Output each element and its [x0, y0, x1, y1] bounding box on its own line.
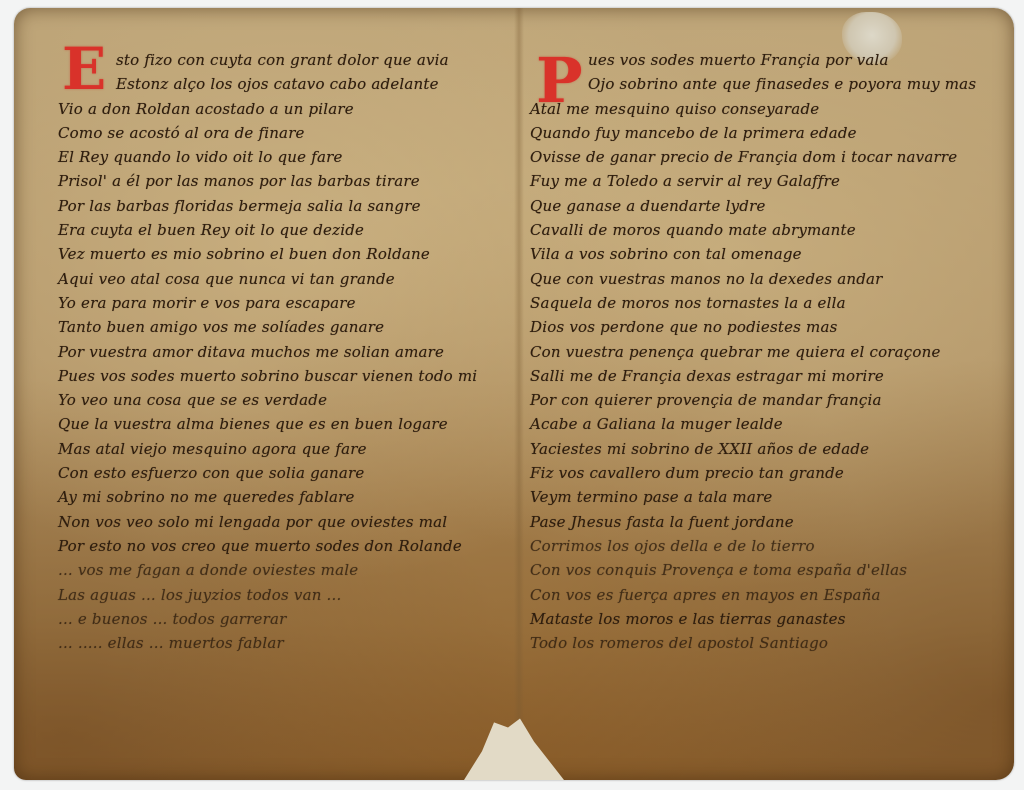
right-page: ues vos sodes muerto Françia por vala Oj… — [530, 48, 1000, 655]
text-line: Fuy me a Toledo a servir al rey Galaffre — [530, 169, 1000, 193]
text-line: Non vos veo solo mi lengada por que ovie… — [58, 510, 508, 534]
text-line-faded: Con vos conquis Provença e toma españa d… — [530, 558, 1000, 582]
text-line: Vio a don Roldan acostado a un pilare — [58, 97, 508, 121]
text-line: Que la vuestra alma bienes que es en bue… — [58, 412, 508, 436]
left-page: sto fizo con cuyta con grant dolor que a… — [58, 48, 508, 655]
text-line: Por esto no vos creo que muerto sodes do… — [58, 534, 508, 558]
text-line: Era cuyta el buen Rey oit lo que dezide — [58, 218, 508, 242]
text-line: Ojo sobrino ante que finasedes e poyora … — [530, 72, 1000, 96]
text-line-faded: Las aguas ... los juyzios todos van ... — [58, 583, 508, 607]
text-line: Mataste los moros e las tierras ganastes — [530, 607, 1000, 631]
text-line: Veym termino pase a tala mare — [530, 485, 1000, 509]
text-line-faded: ... vos me fagan a donde oviestes male — [58, 558, 508, 582]
text-line: Con vuestra penença quebrar me quiera el… — [530, 340, 1000, 364]
parchment-damage-bottom-center — [464, 716, 564, 780]
text-line: Que ganase a duendarte lydre — [530, 194, 1000, 218]
text-line: Yaciestes mi sobrino de XXII años de eda… — [530, 437, 1000, 461]
text-line: Pase Jhesus fasta la fuent jordane — [530, 510, 1000, 534]
text-line: Quando fuy mancebo de la primera edade — [530, 121, 1000, 145]
text-line-faded: Corrimos los ojos della e de lo tierro — [530, 534, 1000, 558]
text-line: Fiz vos cavallero dum precio tan grande — [530, 461, 1000, 485]
text-line: Por con quierer provençia de mandar fran… — [530, 388, 1000, 412]
text-line: ues vos sodes muerto Françia por vala — [530, 48, 1000, 72]
text-line: El Rey quando lo vido oit lo que fare — [58, 145, 508, 169]
text-line-faded: Con vos es fuerça apres en mayos en Espa… — [530, 583, 1000, 607]
text-line: Por vuestra amor ditava muchos me solian… — [58, 340, 508, 364]
text-line: Tanto buen amigo vos me solíades ganare — [58, 315, 508, 339]
text-line: Ovisse de ganar precio de Françia dom i … — [530, 145, 1000, 169]
text-line: Vez muerto es mio sobrino el buen don Ro… — [58, 242, 508, 266]
text-line-faded: ... ..... ellas ... muertos fablar — [58, 631, 508, 655]
text-line: Aqui veo atal cosa que nunca vi tan gran… — [58, 267, 508, 291]
text-line: Ay mi sobrino no me queredes fablare — [58, 485, 508, 509]
text-line: Salli me de Françia dexas estragar mi mo… — [530, 364, 1000, 388]
text-line: Vila a vos sobrino con tal omenage — [530, 242, 1000, 266]
text-line: Yo era para morir e vos para escapare — [58, 291, 508, 315]
text-line: Yo veo una cosa que se es verdade — [58, 388, 508, 412]
center-fold — [514, 8, 524, 780]
text-line: Mas atal viejo mesquino agora que fare — [58, 437, 508, 461]
text-line-faded: ... e buenos ... todos garrerar — [58, 607, 508, 631]
text-line: sto fizo con cuyta con grant dolor que a… — [58, 48, 508, 72]
text-line: Cavalli de moros quando mate abrymante — [530, 218, 1000, 242]
text-line: Estonz alço los ojos catavo cabo adelant… — [58, 72, 508, 96]
text-line: Acabe a Galiana la muger lealde — [530, 412, 1000, 436]
text-line-faded: Todo los romeros del apostol Santiago — [530, 631, 1000, 655]
text-line: Prisol' a él por las manos por las barba… — [58, 169, 508, 193]
text-line: Como se acostó al ora de finare — [58, 121, 508, 145]
text-line: Con esto esfuerzo con que solia ganare — [58, 461, 508, 485]
text-line: Que con vuestras manos no la dexedes and… — [530, 267, 1000, 291]
text-line: Atal me mesquino quiso conseyarade — [530, 97, 1000, 121]
text-line: Por las barbas floridas bermeja salia la… — [58, 194, 508, 218]
text-line: Dios vos perdone que no podiestes mas — [530, 315, 1000, 339]
text-line: Saquela de moros nos tornastes la a ella — [530, 291, 1000, 315]
text-line: Pues vos sodes muerto sobrino buscar vie… — [58, 364, 508, 388]
